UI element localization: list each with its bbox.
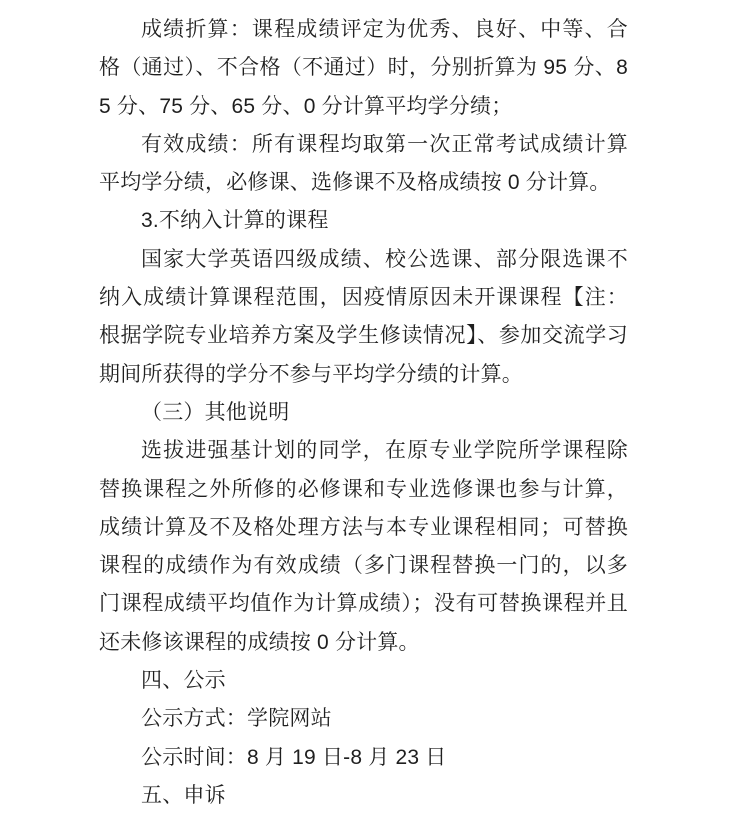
heading-section-appeal: 五、申诉 bbox=[99, 777, 628, 815]
document-page: 成绩折算：课程成绩评定为优秀、良好、中等、合格（通过）、不合格（不通过）时，分别… bbox=[0, 0, 733, 818]
paragraph-grade-conversion: 成绩折算：课程成绩评定为优秀、良好、中等、合格（通过）、不合格（不通过）时，分别… bbox=[99, 11, 628, 126]
heading-section-publicity: 四、公示 bbox=[99, 662, 628, 700]
subheading-other-notes: （三）其他说明 bbox=[99, 394, 628, 432]
paragraph-other-notes-detail: 选拔进强基计划的同学，在原专业学院所学课程除替换课程之外所修的必修课和专业选修课… bbox=[99, 432, 628, 662]
paragraph-publicity-time: 公示时间：8 月 19 日-8 月 23 日 bbox=[99, 739, 628, 777]
paragraph-excluded-courses-detail: 国家大学英语四级成绩、校公选课、部分限选课不纳入成绩计算课程范围，因疫情原因未开… bbox=[99, 241, 628, 394]
paragraph-publicity-method: 公示方式：学院网站 bbox=[99, 700, 628, 738]
paragraph-valid-scores: 有效成绩：所有课程均取第一次正常考试成绩计算平均学分绩，必修课、选修课不及格成绩… bbox=[99, 126, 628, 203]
subheading-excluded-courses: 3.不纳入计算的课程 bbox=[99, 202, 628, 240]
